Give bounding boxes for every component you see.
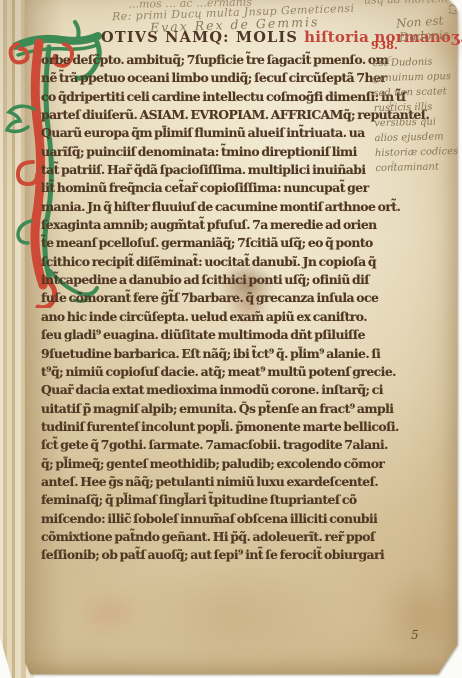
text-line: mania. Jn q̃ hiſter fluuiuſ de cacumine … [41,198,386,216]
margin-mark: ſ· [387,56,393,66]
text-line: tudiniſ furenteſ incolunt popl̃i. p̃mone… [41,418,386,436]
text-line: contaminant [375,159,462,176]
manuscript-photo: OTIVS NAMQ: MOLIShiſtoria normanoʒ. orbe… [0,0,462,678]
quire-mark: 5 [411,628,419,642]
text-line: Quarũ europa q̃m pl̃imiſ fluminũ alueiſ … [41,124,386,142]
text-line: anteſ. Hee g̃s nãq̃; petulanti nimiũ lux… [41,473,386,491]
margin-note-dudonis: Dudonis [399,28,450,45]
margin-note-block: est Dudonisgenuinum opussed non scatetru… [372,54,462,176]
text-line: uitatiſ p̃ magniſ alpib; emunita. Q̃s pt… [41,400,386,418]
text-line: ano hic inde circũſepta. uelud exam̃ api… [41,308,386,326]
red-folio-number: 938. [371,39,398,52]
text-line: 9ſuetudine barbarica. Eſt nãq̃; ibi t̃ct… [41,345,386,363]
text-line: ſexaginta amnib; augm̃tat̃ pfuſuſ. 7a me… [41,216,386,234]
text-line: cõmixtione pat̃ndo geñant. Hi p̃q̃. adol… [41,528,386,546]
text-line: genuinum opus [373,69,461,86]
text-line: lit̃ hominũ freq̃ncia cet̃ar̃ copioſiſſi… [41,179,386,197]
text-line: Quar̃ dacia extat medioxima inmodũ coron… [41,381,386,399]
body-text-block: orbe deſc̃pto. ambituq̃; 7ſupficie t̃re … [41,51,386,565]
text-line: ſct̃ gete q̃ 7gothi. ſarmate. 7amacſobii… [41,436,386,454]
text-line: feminaſq̃; q̃ pl̃imaſ ſingl̃ari t̃pitudi… [41,491,386,509]
text-line: miſcendo: illic̃ ſoboleſ innum̃aſ obſcen… [41,510,386,528]
edge-shelfmark: Cl [446,4,457,15]
text-line: co q̃dripertiti celi cardine intellectu … [41,88,386,106]
text-line: ſeſſionib; ob pat̃ſ auoſq̃; aut ſepi⁹ in… [41,546,386,564]
text-line: t̃e meanſ pcelloſuſ. germaniãq̃; 7ſcitiã… [41,234,386,252]
text-line: tat̃ patriiſ. Har̃ q̃dã ſpacioſiſſima. m… [41,161,386,179]
text-line: ſeu gladi⁹ euagina. diũſitate multimoda … [41,326,386,344]
text-line: historiæ codices [375,144,462,161]
text-line: ſcithico recipit̃ diſẽminat̃: uocitat̃ d… [41,253,386,271]
text-line: nẽ t̃rã ppetuo oceani limbo undiq̃; ſecu… [41,69,386,87]
text-line: fuſe cõmorant̃ fere g̃t̃ſ 7barbare. q̃ g… [41,289,386,307]
text-line: q̃; pl̃imeq̃; genteſ meothidib; paludib;… [41,455,386,473]
text-line: orbe deſc̃pto. ambituq̃; 7ſupficie t̃re … [41,51,386,69]
text-line: parteſ diuiſerũ. ASIAM. EVROPIAM. AFFRIC… [41,106,386,124]
text-line: t⁹q̃; nimiũ copioſuſ dacie. atq̃; meat⁹ … [41,363,386,381]
text-line: uarĩſq̃; puinciiſ denominata: t̃mino dir… [41,143,386,161]
margin-mark: h. [391,161,400,171]
text-line: int̃capedine a danubio ad ſcithici ponti… [41,271,386,289]
margin-mark: ſ: [389,99,395,109]
